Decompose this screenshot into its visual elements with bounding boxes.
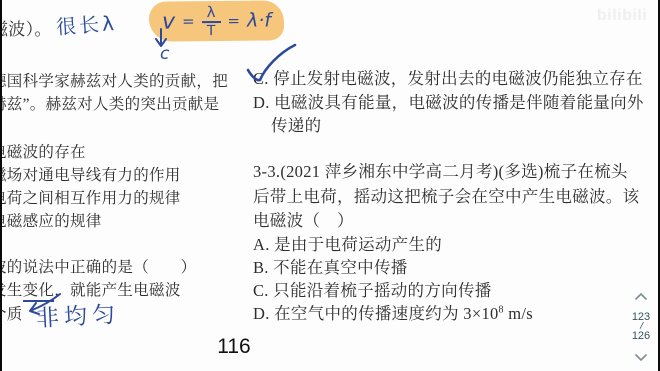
formula-numerator: λ	[201, 4, 220, 22]
option-line: A. 是由于电荷运动产生的	[253, 231, 442, 255]
question-stem-line: 3-3.(2021 萍乡湘东中学高二月考)(多选)梳子在梳头	[253, 158, 628, 182]
option-d-post: m/s	[504, 304, 533, 323]
handwritten-nonuniform-note: 非均匀	[35, 296, 121, 333]
formula-arrow-target-label: c	[160, 44, 169, 64]
option-line: C. 停止发射电磁波，发射出去的电磁波仍能独立存在	[253, 65, 643, 89]
chevron-up-icon[interactable]	[635, 293, 647, 300]
option-line: B. 不能在真空中传播	[253, 254, 408, 278]
question-text-line: 波的说法中正确的是（ ）	[0, 255, 196, 277]
handwritten-wavelength-note: 很长λ	[55, 7, 118, 40]
page-fragment-top: 磁波）。	[0, 15, 52, 40]
question-stem-line: 后带上电荷，摇动这把梳子会在空中产生电磁波。该	[253, 183, 639, 207]
option-line: C. 只能沿着梳子摇动的方向传播	[253, 277, 492, 301]
bilibili-watermark: bilibili	[597, 7, 647, 25]
option-line: 电磁感应的规律	[0, 209, 102, 231]
question-text-line: 德国科学家赫兹对人类的贡献，把	[0, 69, 228, 91]
formula-fraction: λ T	[201, 4, 220, 37]
formula-equals-2: =	[227, 12, 240, 30]
option-line: D. 电磁波具有能量，电磁波的传播是伴随着能量向外	[253, 89, 644, 113]
highlighted-formula: v = λ T = λ·f	[149, 0, 284, 41]
chevron-down-icon[interactable]	[635, 354, 647, 361]
question-text-line: 赫兹”。赫兹对人类的突出贡献是	[0, 92, 219, 114]
option-line: 磁场对通电导线有力的作用	[0, 163, 181, 185]
option-line: D. 在空气中的传播速度约为 3×108 m/s	[253, 300, 533, 324]
page-navigator: 123 / 126	[629, 291, 653, 363]
document-page: bilibili 磁波）。 很长λ v = λ T = λ·f c 德国科学家赫…	[0, 0, 660, 371]
checkmark-icon	[245, 43, 299, 87]
formula-equals-1: =	[182, 12, 195, 30]
letterbox-bar-left	[0, 0, 2, 371]
question-stem-line: 电磁波（ ）	[253, 207, 354, 231]
option-line: 电荷之间相互作用力的规律	[0, 186, 181, 208]
pager-total-pages: 126	[632, 331, 650, 342]
formula-rhs: λ·f	[247, 9, 271, 31]
page-number: 116	[204, 335, 264, 359]
option-line: 传递的	[271, 112, 321, 136]
option-line: 电磁波的存在	[0, 140, 86, 162]
option-d-pre: D. 在空气中的传播速度约为 3×10	[253, 304, 499, 323]
formula-denominator: T	[207, 23, 216, 38]
